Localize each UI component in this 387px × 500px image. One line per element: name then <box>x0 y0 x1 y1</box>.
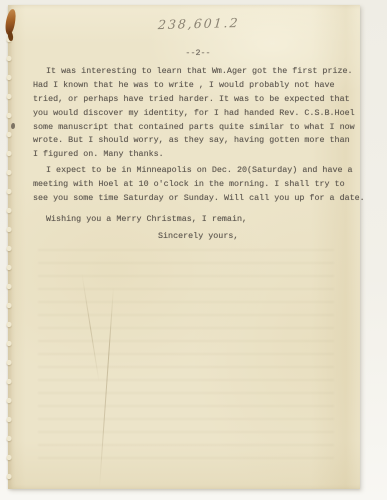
ink-bleedthrough-texture <box>38 249 334 461</box>
letter-line: some manuscript that contained parts qui… <box>33 122 363 136</box>
letter-line: meeting with Hoel at 10 o'clock in the m… <box>33 179 363 193</box>
archive-number-annotation: 238,601.2 <box>157 15 240 32</box>
letter-line: tried, or perhaps have tried harder. It … <box>33 94 363 108</box>
letter-body: --2-- It was interesting to learn that W… <box>33 48 363 245</box>
closing-line: Wishing you a Merry Christmas, I remain, <box>33 214 363 228</box>
letter-line: I expect to be in Minneapolis on Dec. 20… <box>33 165 363 179</box>
letter-line: wrote. But I should worry, as they say, … <box>33 135 363 149</box>
torn-left-edge <box>5 11 12 485</box>
edge-stain-spot <box>11 123 15 129</box>
letter-line: see you some time Saturday or Sunday. Wi… <box>33 193 363 207</box>
signoff-line: Sincerely yours, <box>33 231 363 245</box>
letter-line: Had I known that he was to write , I wou… <box>33 80 363 94</box>
letter-line: you would discover my identity, for I ha… <box>33 108 363 122</box>
letter-line: It was interesting to learn that Wm.Ager… <box>33 66 363 80</box>
paragraph-1: It was interesting to learn that Wm.Ager… <box>33 66 363 163</box>
letter-page: 238,601.2 --2-- It was interesting to le… <box>8 5 360 489</box>
letter-line: I figured on. Many thanks. <box>33 149 363 163</box>
closing-line-para: Wishing you a Merry Christmas, I remain, <box>33 214 363 228</box>
paragraph-2: I expect to be in Minneapolis on Dec. 20… <box>33 165 363 207</box>
page-number: --2-- <box>33 48 363 61</box>
signoff-para: Sincerely yours, <box>33 231 363 245</box>
tape-residue-mark-dark <box>7 31 13 41</box>
